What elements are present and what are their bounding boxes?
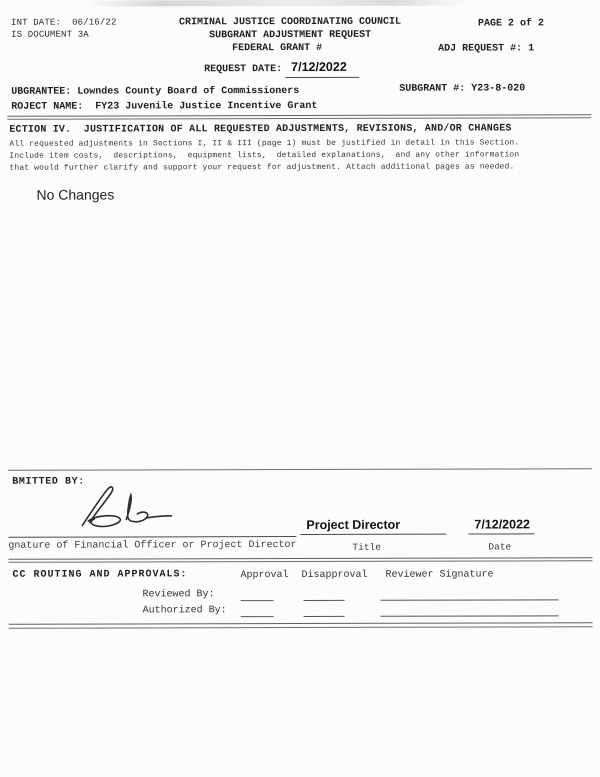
section-iv-instructions-line3: that would further clarify and support y… <box>9 162 514 172</box>
form-title-line1: CRIMINAL JUSTICE COORDINATING COUNCIL <box>179 17 401 29</box>
reviewed-disapproval-blank <box>304 600 345 601</box>
handwritten-signature <box>75 483 177 529</box>
authorized-disapproval-blank <box>304 616 345 617</box>
routing-heading: CC ROUTING AND APPROVALS: <box>12 569 187 580</box>
authorized-signature-blank <box>381 615 559 616</box>
scanner-artifact <box>87 0 467 7</box>
reviewed-by-label: Reviewed By: <box>143 589 215 600</box>
title-caption: Title <box>352 543 381 553</box>
signature-line <box>8 536 296 538</box>
signature-caption: gnature of Financial Officer or Project … <box>8 541 296 552</box>
form-title-line2: SUBGRANT ADJUSTMENT REQUEST <box>209 30 371 41</box>
federal-grant-label: FEDERAL GRANT # <box>232 43 322 54</box>
justification-entry: No Changes <box>36 186 114 202</box>
project-name-label: ROJECT NAME: <box>11 102 83 113</box>
section-divider-top <box>7 114 591 120</box>
subgrantee-value: Lowndes County Board of Commissioners <box>77 86 299 98</box>
disapproval-column-header: Disapproval <box>301 570 367 581</box>
request-date-value: 7/12/2022 <box>291 60 347 74</box>
authorized-approval-blank <box>241 616 274 617</box>
reviewed-approval-blank <box>241 600 274 601</box>
title-line <box>300 534 446 535</box>
project-name-value: FY23 Juvenile Justice Incentive Grant <box>95 101 317 113</box>
authorized-by-label: Authorized By: <box>143 605 227 616</box>
routing-divider-bottom <box>9 622 593 629</box>
subgrant-number: SUBGRANT #: Y23-8-020 <box>399 83 525 94</box>
project-name-row: ROJECT NAME: FY23 Juvenile Justice Incen… <box>11 101 317 113</box>
scan-content: INT DATE: 06/16/22 IS DOCUMENT 3A CRIMIN… <box>0 0 600 777</box>
date-value: 7/12/2022 <box>474 517 530 531</box>
adj-request-number: ADJ REQUEST #: 1 <box>438 43 534 54</box>
scanned-form-page: INT DATE: 06/16/22 IS DOCUMENT 3A CRIMIN… <box>0 0 600 777</box>
section-iv-instructions-line1: All requested adjustments in Sections I,… <box>9 138 519 148</box>
submitted-by-label: BMITTED BY: <box>12 477 85 488</box>
date-line <box>468 533 534 534</box>
date-caption: Date <box>488 542 511 552</box>
page-number-label: PAGE 2 of 2 <box>478 18 544 29</box>
title-value: Project Director <box>306 518 400 532</box>
reviewer-signature-column-header: Reviewer Signature <box>385 569 493 580</box>
request-date-underline <box>285 77 359 78</box>
subgrantee-row: UBGRANTEE: Lowndes County Board of Commi… <box>11 86 299 98</box>
print-date-line: INT DATE: 06/16/22 <box>11 18 116 27</box>
document-id-line: IS DOCUMENT 3A <box>11 31 89 40</box>
request-date-label: REQUEST DATE: <box>204 64 282 75</box>
approval-column-header: Approval <box>240 570 288 581</box>
section-iv-heading: ECTION IV. JUSTIFICATION OF ALL REQUESTE… <box>9 123 511 135</box>
reviewed-signature-blank <box>381 599 559 600</box>
routing-divider-top <box>8 557 592 563</box>
section-iv-instructions-line2: Include item costs, descriptions, equipm… <box>9 150 519 160</box>
submission-divider <box>8 468 592 471</box>
subgrantee-label: UBGRANTEE: <box>11 87 71 98</box>
